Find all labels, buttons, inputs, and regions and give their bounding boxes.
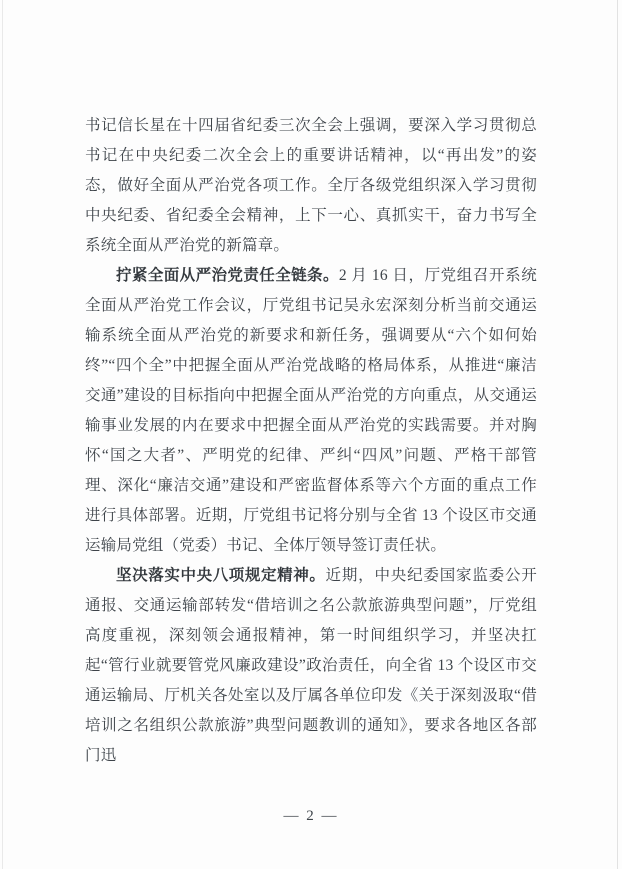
- paragraph: 坚决落实中央八项规定精神。近期，中央纪委国家监委公开通报、交通运输部转发“借培训…: [85, 561, 537, 771]
- paragraph-lead: 坚决落实中央八项规定精神。: [116, 567, 326, 584]
- paragraph: 书记信长星在十四届省纪委三次全会上强调，要深入学习贯彻总书记在中央纪委二次全会上…: [85, 111, 537, 261]
- page-number: — 2 —: [0, 808, 622, 825]
- paragraph-text: 2 月 16 日，厅党组召开系统全面从严治党工作会议，厅党组书记吴永宏深刻分析当…: [85, 267, 537, 554]
- paragraph-lead: 拧紧全面从严治党责任全链条。: [116, 267, 339, 284]
- document-body: 书记信长星在十四届省纪委三次全会上强调，要深入学习贯彻总书记在中央纪委二次全会上…: [85, 111, 537, 771]
- scan-edge-right: [617, 0, 618, 869]
- scan-edge-left: [2, 0, 3, 869]
- paragraph-text: 近期，中央纪委国家监委公开通报、交通运输部转发“借培训之名公款旅游典型问题”，厅…: [85, 567, 537, 764]
- document-page: 书记信长星在十四届省纪委三次全会上强调，要深入学习贯彻总书记在中央纪委二次全会上…: [0, 0, 622, 869]
- paragraph-text: 书记信长星在十四届省纪委三次全会上强调，要深入学习贯彻总书记在中央纪委二次全会上…: [85, 117, 537, 254]
- paragraph: 拧紧全面从严治党责任全链条。2 月 16 日，厅党组召开系统全面从严治党工作会议…: [85, 261, 537, 561]
